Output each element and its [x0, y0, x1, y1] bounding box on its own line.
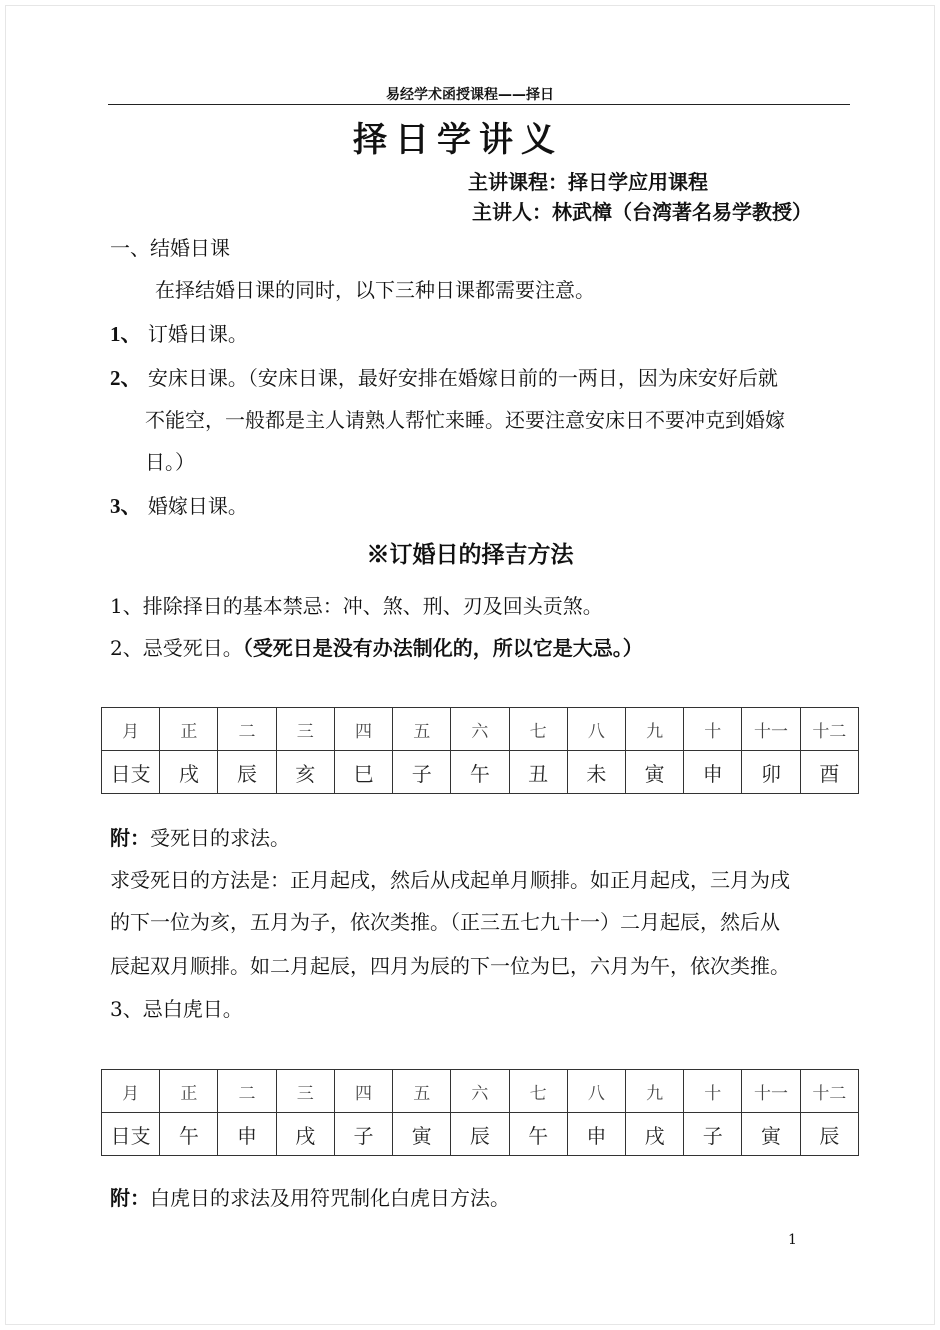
branch-cell: 辰 — [218, 751, 276, 794]
month-cell: 正 — [160, 708, 218, 751]
page-number: 1 — [788, 1232, 797, 1248]
header-rule — [108, 104, 850, 105]
list-number: 2、 — [110, 366, 142, 390]
branch-cell: 亥 — [276, 751, 334, 794]
table-row-months: 月 正 二 三 四 五 六 七 八 九 十 十一 十二 — [102, 708, 859, 751]
shousi-day-table: 月 正 二 三 四 五 六 七 八 九 十 十一 十二 日支 戌 辰 亥 巳 子… — [101, 707, 859, 794]
month-cell: 十 — [684, 708, 742, 751]
rule-2-prefix: 2、忌受死日。 — [110, 636, 243, 660]
appendix-label: 附： — [110, 826, 150, 850]
document-title: 择日学讲义 — [0, 112, 916, 161]
method-line-1: 求受死日的方法是：正月起戌，然后从戌起单月顺排。如正月起戌，三月为戌 — [110, 864, 790, 893]
month-cell: 七 — [509, 1070, 567, 1113]
list-item-2-continuation-1: 不能空，一般都是主人请熟人帮忙来睡。还要注意安床日不要冲克到婚嫁 — [145, 404, 785, 433]
rule-2: 2、忌受死日。（受死日是没有办法制化的，所以它是大忌。） — [110, 632, 643, 661]
branch-cell: 申 — [684, 751, 742, 794]
month-cell: 四 — [334, 708, 392, 751]
appendix-label: 附： — [110, 1186, 150, 1210]
rule-2-note: （受死日是没有办法制化的，所以它是大忌。） — [243, 636, 643, 660]
list-text: 安床日课。（安床日课，最好安排在婚嫁日前的一两日，因为床安好后就 — [148, 366, 778, 390]
branch-cell: 寅 — [742, 1113, 800, 1156]
month-cell: 六 — [451, 708, 509, 751]
table-row-branches: 日支 午 申 戌 子 寅 辰 午 申 戌 子 寅 辰 — [102, 1113, 859, 1156]
branch-cell: 辰 — [451, 1113, 509, 1156]
branch-cell: 子 — [393, 751, 451, 794]
section-intro: 在择结婚日课的同时，以下三种日课都需要注意。 — [155, 274, 595, 303]
appendix-text: 白虎日的求法及用符咒制化白虎日方法。 — [150, 1186, 510, 1210]
month-cell: 三 — [276, 708, 334, 751]
list-text: 订婚日课。 — [148, 322, 248, 346]
branch-cell: 戌 — [276, 1113, 334, 1156]
branch-cell: 寅 — [393, 1113, 451, 1156]
row-header-month: 月 — [102, 1070, 160, 1113]
branch-cell: 戌 — [625, 1113, 683, 1156]
rule-3: 3、忌白虎日。 — [110, 993, 243, 1022]
row-header-month: 月 — [102, 708, 160, 751]
branch-cell: 午 — [509, 1113, 567, 1156]
table-row-branches: 日支 戌 辰 亥 巳 子 午 丑 未 寅 申 卯 酉 — [102, 751, 859, 794]
month-cell: 十一 — [742, 1070, 800, 1113]
month-cell: 五 — [393, 708, 451, 751]
month-cell: 二 — [218, 1070, 276, 1113]
month-cell: 十 — [684, 1070, 742, 1113]
list-number: 3、 — [110, 494, 142, 518]
list-item-2-continuation-2: 日。） — [145, 446, 195, 475]
month-cell: 十一 — [742, 708, 800, 751]
branch-cell: 酉 — [800, 751, 858, 794]
month-cell: 八 — [567, 708, 625, 751]
running-header: 易经学术函授课程——择日 — [0, 84, 940, 104]
section-heading-engagement: ※订婚日的择吉方法 — [0, 536, 940, 569]
month-cell: 九 — [625, 708, 683, 751]
appendix-1: 附：受死日的求法。 — [110, 822, 290, 851]
table-row-months: 月 正 二 三 四 五 六 七 八 九 十 十一 十二 — [102, 1070, 859, 1113]
branch-cell: 午 — [160, 1113, 218, 1156]
branch-cell: 巳 — [334, 751, 392, 794]
list-text: 婚嫁日课。 — [148, 494, 248, 518]
list-item-1: 1、 订婚日课。 — [110, 318, 248, 348]
branch-cell: 申 — [218, 1113, 276, 1156]
branch-cell: 卯 — [742, 751, 800, 794]
branch-cell: 辰 — [800, 1113, 858, 1156]
month-cell: 七 — [509, 708, 567, 751]
month-cell: 六 — [451, 1070, 509, 1113]
month-cell: 十二 — [800, 1070, 858, 1113]
baihu-day-table: 月 正 二 三 四 五 六 七 八 九 十 十一 十二 日支 午 申 戌 子 寅… — [101, 1069, 859, 1156]
month-cell: 九 — [625, 1070, 683, 1113]
branch-cell: 子 — [684, 1113, 742, 1156]
month-cell: 八 — [567, 1070, 625, 1113]
list-item-3: 3、 婚嫁日课。 — [110, 490, 248, 520]
month-cell: 四 — [334, 1070, 392, 1113]
branch-cell: 寅 — [625, 751, 683, 794]
row-header-branch: 日支 — [102, 1113, 160, 1156]
branch-cell: 申 — [567, 1113, 625, 1156]
list-item-2: 2、 安床日课。（安床日课，最好安排在婚嫁日前的一两日，因为床安好后就 — [110, 362, 778, 392]
month-cell: 二 — [218, 708, 276, 751]
month-cell: 三 — [276, 1070, 334, 1113]
month-cell: 正 — [160, 1070, 218, 1113]
row-header-branch: 日支 — [102, 751, 160, 794]
branch-cell: 戌 — [160, 751, 218, 794]
branch-cell: 午 — [451, 751, 509, 794]
branch-cell: 未 — [567, 751, 625, 794]
branch-cell: 丑 — [509, 751, 567, 794]
list-number: 1、 — [110, 322, 142, 346]
appendix-2: 附：白虎日的求法及用符咒制化白虎日方法。 — [110, 1182, 510, 1211]
month-cell: 五 — [393, 1070, 451, 1113]
rule-1: 1、排除择日的基本禁忌：冲、煞、刑、刃及回头贡煞。 — [110, 590, 603, 619]
course-line: 主讲课程：择日学应用课程 — [468, 166, 708, 195]
lecturer-line: 主讲人：林武樟（台湾著名易学教授） — [472, 196, 812, 225]
month-cell: 十二 — [800, 708, 858, 751]
method-line-3: 辰起双月顺排。如二月起辰，四月为辰的下一位为巳，六月为午，依次类推。 — [110, 950, 790, 979]
appendix-text: 受死日的求法。 — [150, 826, 290, 850]
method-line-2: 的下一位为亥，五月为子，依次类推。（正三五七九十一）二月起辰，然后从 — [110, 906, 780, 935]
branch-cell: 子 — [334, 1113, 392, 1156]
section-heading-wedding: 一、结婚日课 — [110, 232, 230, 261]
